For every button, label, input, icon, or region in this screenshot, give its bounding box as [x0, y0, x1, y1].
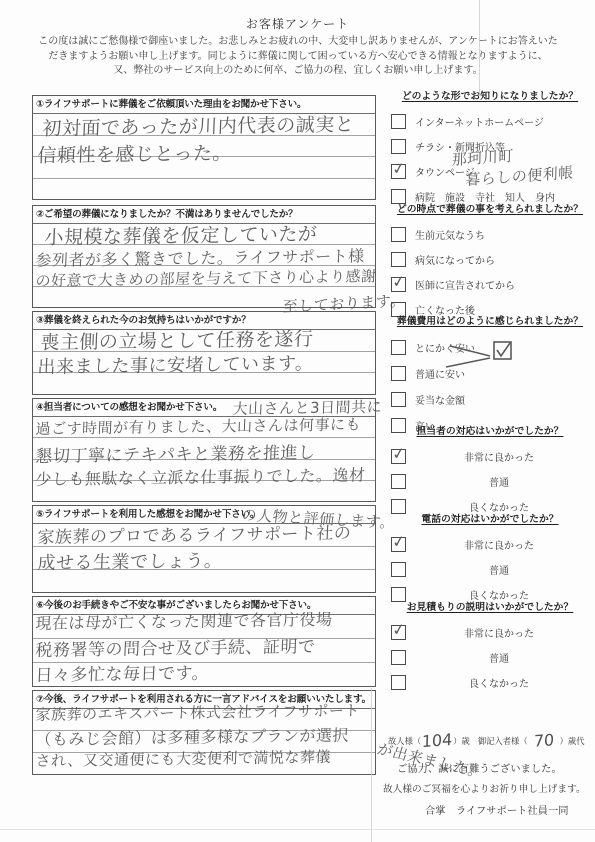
checkbox[interactable]	[391, 340, 406, 355]
checkbox[interactable]	[391, 227, 406, 242]
checkbox-item: 医師に宣告されてから	[388, 272, 592, 297]
section-staff-response: 担当者の対応はいかがでしたか？ 非常に良かった 普通 良くなかった	[388, 425, 592, 519]
thanks-message-line1: ご協力、誠に有難うございました。	[397, 760, 562, 775]
thanks-message-line2: 故人様のご冥福を心よりお祈り申し上げます。	[383, 781, 586, 795]
section-estimate-explanation: お見積もりの説明はいかがでしたか？ 非常に良かった 普通 良くなかった	[388, 601, 592, 695]
checkbox[interactable]	[391, 675, 406, 690]
section-when-considered: どの時点で葬儀の事を考えられましたか？ 生前元気なうち 病気になってから 医師に…	[388, 203, 592, 322]
checkbox-label: 良くなかった	[406, 675, 592, 690]
respondent-ages-row: 故人様（ 104 ）歳 御記入者様（ 70 ）歳代	[388, 731, 595, 750]
checkbox[interactable]	[391, 474, 406, 489]
checkbox[interactable]	[391, 139, 406, 154]
intro-line: 又、弊社のサービス向上のために何卒、ご協力の程、宜しくお願い申し上げます。	[18, 64, 578, 79]
section-title: 葬儀費用はどのように感じられましたか？	[388, 315, 592, 334]
question-box-3: ③葬儀を終えられた今のお気持ちはいかがですか？ 喪主側の立場として任務を遂行 出…	[32, 311, 376, 395]
checkbox[interactable]	[391, 366, 406, 381]
checkbox-label: 良くなかった	[406, 587, 592, 602]
scan-fold-line	[479, 0, 480, 96]
writer-age-label: 御記入者様（	[478, 735, 528, 747]
checkbox-item: 妥当な金額	[388, 386, 592, 412]
question-box-2: ②ご希望の葬儀になりましたか？不満はありませんでしたか？ 小規模な葬儀を仮定して…	[32, 205, 376, 308]
question-box-1: ①ライフサポートに葬儀をご依頼頂いた理由をお聞かせ下さい。 初対面であったが川内…	[32, 95, 376, 200]
checkbox-item: インターネットホームページ	[388, 109, 592, 134]
handwritten-note-townpage: 那珂川町 暮らしの便利帳	[451, 140, 574, 191]
checkbox[interactable]	[391, 537, 406, 552]
checkbox-label: 病気になってから	[415, 252, 495, 267]
checkbox-label: 非常に良かった	[406, 625, 592, 640]
section-title: 電話の対応はいかがでしたか？	[388, 513, 592, 532]
checkbox[interactable]	[391, 114, 406, 129]
checkbox[interactable]	[391, 650, 406, 665]
checkbox-item: 普通	[388, 645, 592, 670]
checkbox[interactable]	[391, 499, 406, 514]
intro-line: だきますようお願い申し上げます。同じように葬儀に関して困っている方へ安心できる情…	[18, 50, 578, 65]
deceased-age-label: 故人様（	[388, 735, 421, 747]
checkbox-item: 非常に良かった	[388, 620, 592, 645]
section-title: どの時点で葬儀の事を考えられましたか？	[388, 203, 592, 222]
checkbox-label: 生前元気なうち	[415, 227, 485, 242]
handwritten-cost-check-mark	[444, 336, 524, 372]
checkbox-item: 生前元気なうち	[388, 222, 592, 247]
question-box-6: ⑥今後のお手続きやご不安な事がございましたらお聞かせ下さい。 現在は母が亡くなっ…	[32, 596, 376, 687]
handwritten-answer: され、又交通便にも大変便利で満悦な葬儀	[35, 746, 331, 771]
section-title: 担当者の対応はいかがでしたか？	[388, 425, 592, 444]
checkbox[interactable]	[391, 392, 406, 407]
checkbox-label: 妥当な金額	[415, 392, 465, 407]
deceased-age-handwritten: 104	[421, 730, 454, 751]
intro-paragraph: この度は誠にご愁傷様で御座いました。お悲しみとお疲れの中、大変申し訳ありませんが…	[18, 35, 578, 79]
handwritten-answer: 成せる生業でしょう。	[37, 546, 223, 575]
question-box-4: ④担当者についての感想をお聞かせ下さい。 大山さんと3日間共に 過ごす時間が有り…	[32, 398, 376, 502]
intro-line: この度は誠にご愁傷様で御座いました。お悲しみとお疲れの中、大変申し訳ありませんが…	[18, 35, 578, 50]
checkbox-item: 良くなかった	[388, 670, 592, 695]
checkbox[interactable]	[391, 252, 406, 267]
checkbox-item: 非常に良かった	[388, 444, 592, 469]
scan-edge-line	[0, 829, 595, 830]
checkbox-item: 病気になってから	[388, 247, 592, 272]
checkbox[interactable]	[391, 587, 406, 602]
checkbox[interactable]	[391, 277, 406, 292]
scan-fold-line	[371, 688, 372, 842]
checkbox[interactable]	[391, 625, 406, 640]
handwritten-answer: 税務署等の問合せ及び手続、証明で	[35, 632, 316, 661]
section-cost-impression: 葬儀費用はどのように感じられましたか？ とにかく安い 普通に安い 妥当な金額 高…	[388, 315, 592, 438]
page-title: お客様アンケート	[0, 15, 595, 32]
survey-scan-page: お客様アンケート この度は誠にご愁傷様で御座いました。お悲しみとお疲れの中、大変…	[0, 0, 595, 842]
question-box-5: ⑤ライフサポートを利用した感想をお聞かせ下さい。 家族葬のプロであるライフサポー…	[32, 505, 376, 593]
checkbox-item: 普通	[388, 469, 592, 494]
question-box-7: ⑦今後、ライフサポートを利用される方に一言アドバイスをお願いいたします。 家族葬…	[32, 690, 376, 775]
answer-rule-line	[33, 179, 375, 200]
writer-age-handwritten: 70	[527, 730, 560, 751]
checkbox[interactable]	[391, 562, 406, 577]
checkbox-label: インターネットホームページ	[415, 114, 544, 129]
writer-age-suffix: ）歳代	[560, 735, 585, 747]
company-signoff: 合掌 ライフサポート社員一同	[425, 802, 569, 817]
section-phone-response: 電話の対応はいかがでしたか？ 非常に良かった 普通 良くなかった	[388, 513, 592, 607]
checkbox-label: 病院 施設 寺社 知人 身内	[415, 189, 555, 204]
checkbox-label: 良くなかった	[406, 499, 592, 514]
checkbox[interactable]	[391, 164, 406, 179]
handwritten-answer: 家族葬のプロであるライフサポート社の	[37, 519, 352, 548]
handwritten-answer: 現在は母が亡くなった関連で各官庁役場	[35, 607, 333, 634]
handwritten-answer: 信頼性を感じとった。	[37, 138, 233, 168]
checkbox-item: 非常に良かった	[388, 532, 592, 557]
handwritten-answer: 初対面であったが川内代表の誠実と	[42, 110, 355, 141]
checkbox-item: 普通	[388, 557, 592, 582]
checkbox[interactable]	[391, 449, 406, 464]
checkbox-label: 普通	[406, 562, 592, 577]
handwritten-answer: 出来ました事に安堵しています。	[37, 349, 314, 379]
checkbox-label: 非常に良かった	[406, 537, 592, 552]
checkbox-label: 医師に宣告されてから	[415, 277, 515, 292]
handwritten-answer: 少しも無駄なく立派な仕事振りでした。逸材	[35, 462, 366, 490]
checkbox-label: 普通	[406, 650, 592, 665]
checkbox[interactable]	[391, 189, 406, 204]
checkbox-label: 普通	[406, 474, 592, 489]
section-title: お見積もりの説明はいかがでしたか？	[388, 601, 592, 620]
section-title: どのような形でお知りになりましたか？	[388, 90, 592, 109]
deceased-age-suffix: ）歳	[453, 735, 470, 747]
handwritten-answer: 日々多忙な毎日です。	[35, 659, 210, 686]
checkbox-label: 非常に良かった	[406, 449, 592, 464]
